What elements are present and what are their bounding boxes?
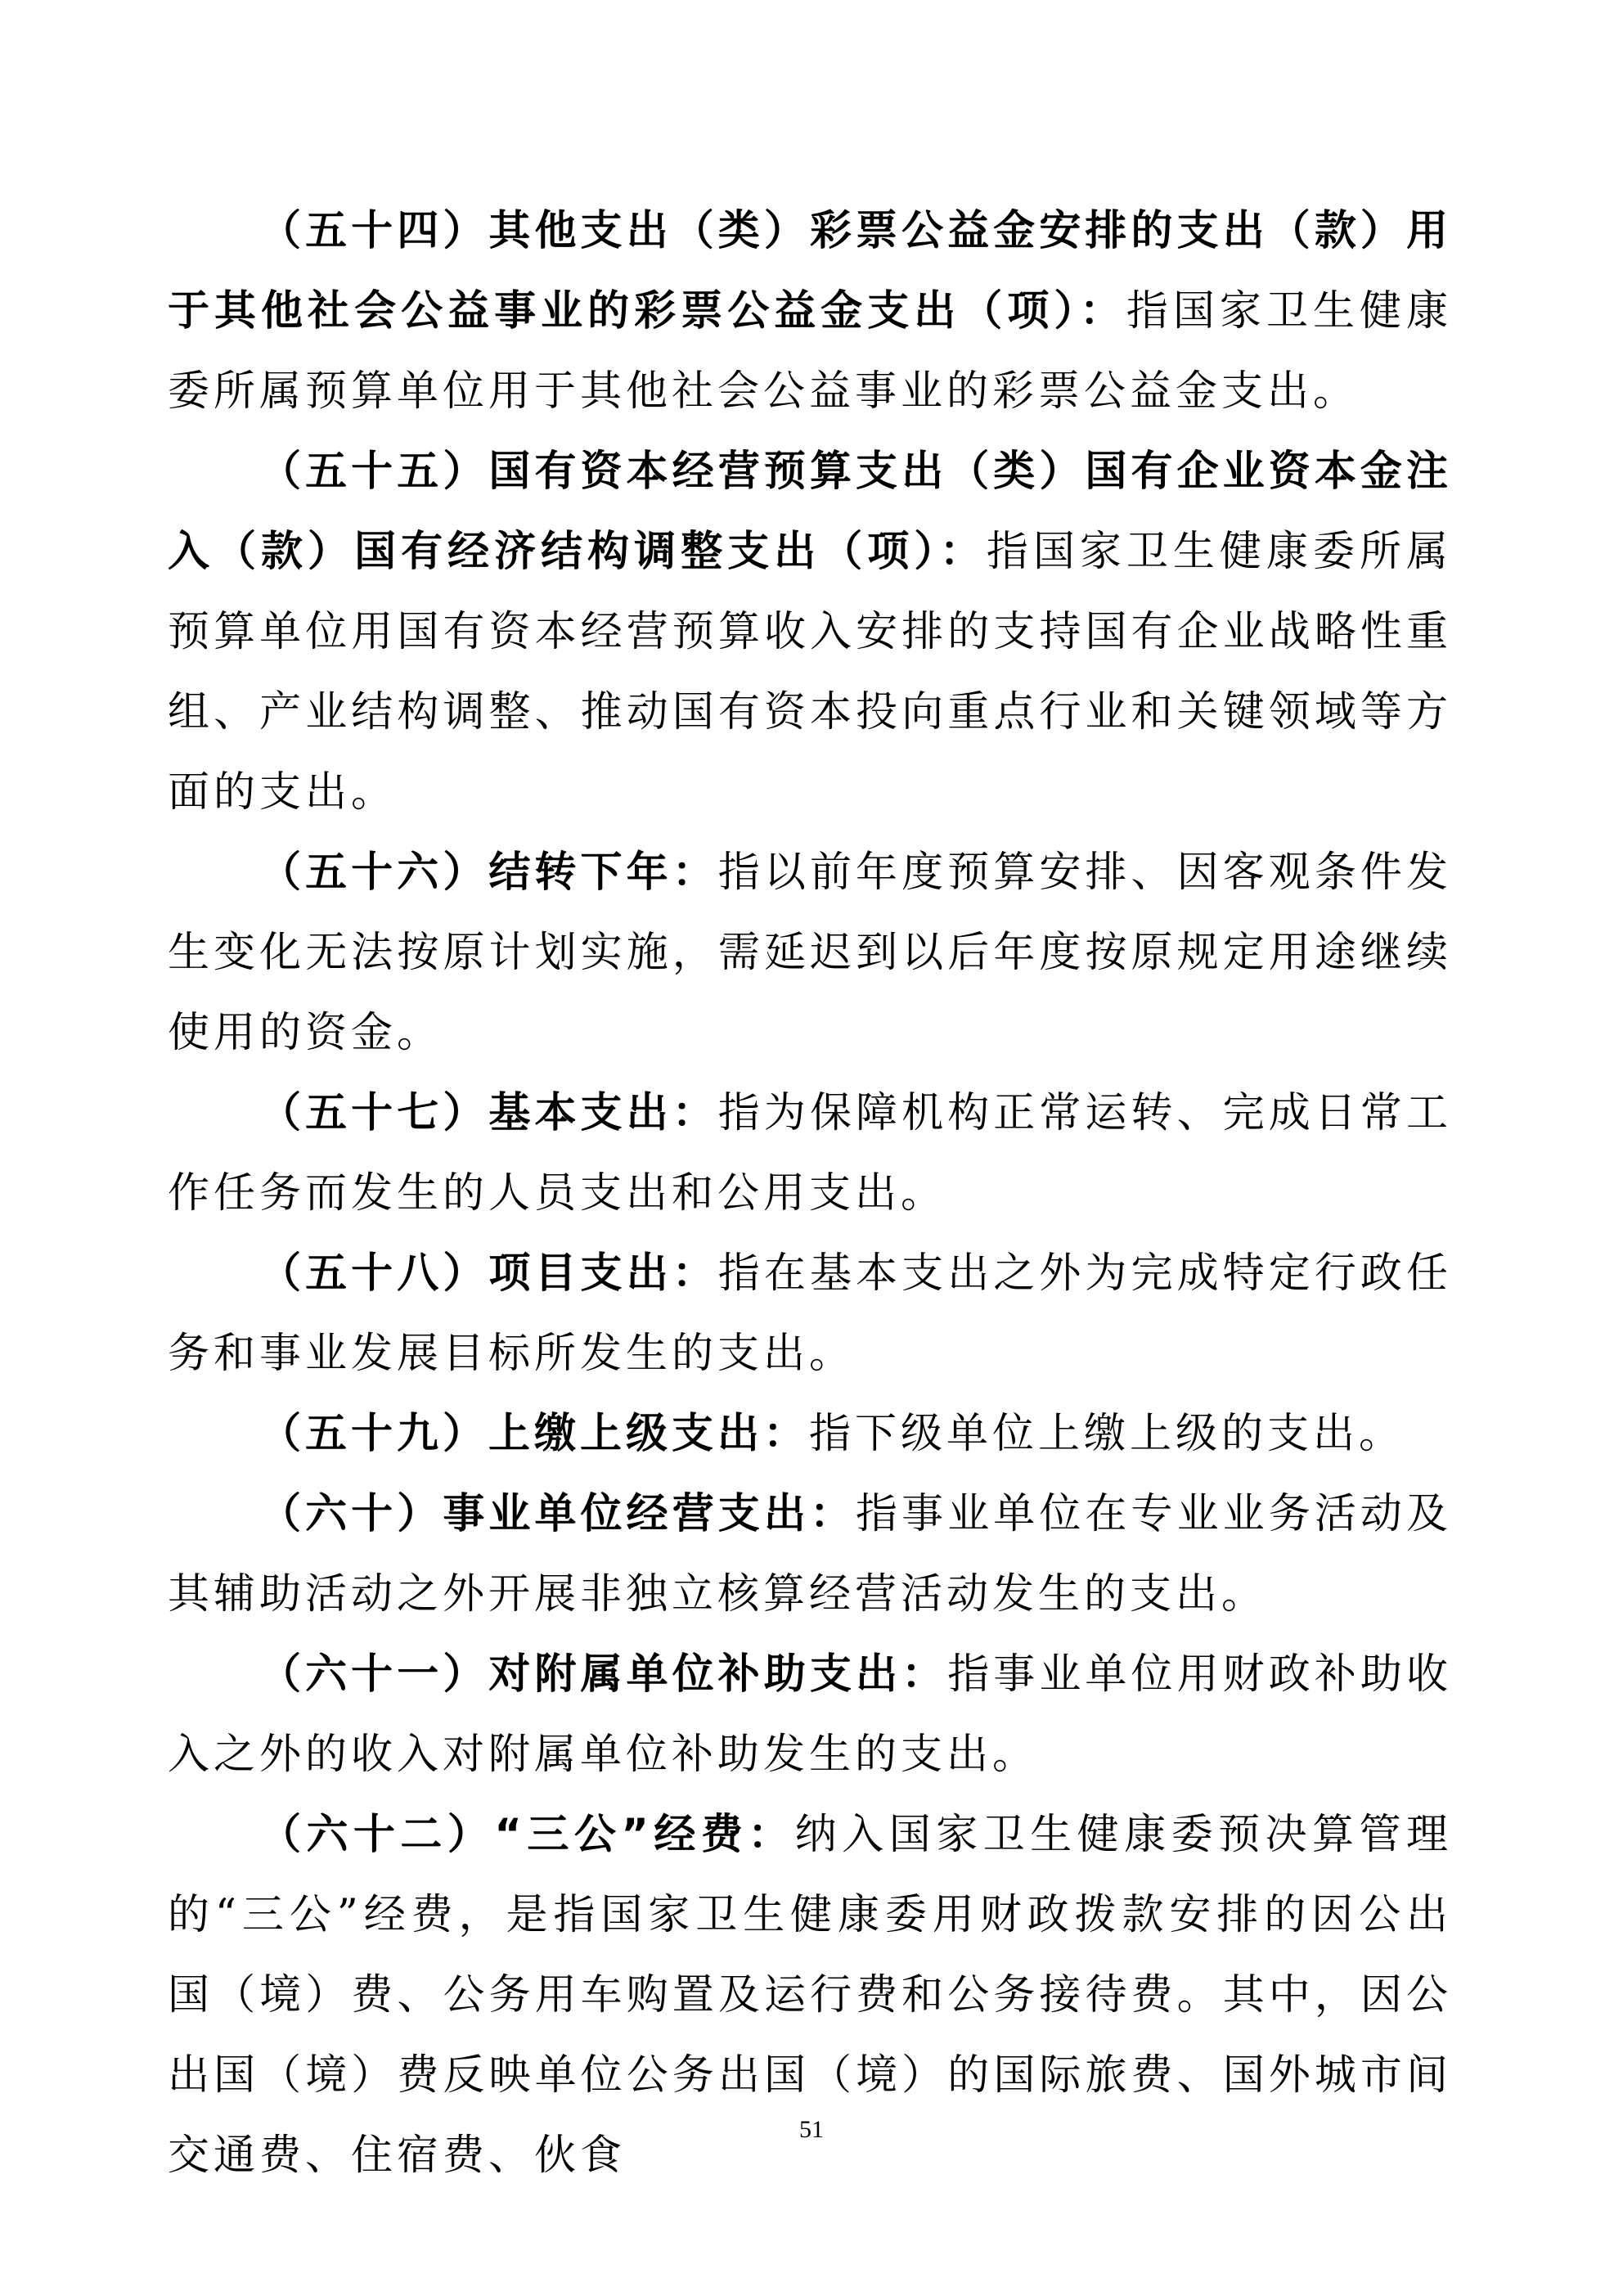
page-number: 51 [0,2115,1623,2145]
term-heading: （六十）事业单位经营支出： [259,1490,856,1538]
paragraph-59: （五十九）上缴上级支出：指下级单位上缴上级的支出。 [168,1394,1452,1474]
document-body: （五十四）其他支出（类）彩票公益金安排的支出（款）用于其他社会公益事业的彩票公益… [168,191,1452,2196]
term-heading: （六十一）对附属单位补助支出： [259,1650,947,1699]
paragraph-60: （六十）事业单位经营支出：指事业单位在专业业务活动及其辅助活动之外开展非独立核算… [168,1474,1452,1635]
term-heading: （五十六）结转下年： [259,849,718,897]
term-heading: （五十九）上缴上级支出： [259,1410,809,1458]
paragraph-54: （五十四）其他支出（类）彩票公益金安排的支出（款）用于其他社会公益事业的彩票公益… [168,191,1452,432]
term-heading: （六十二）“三公”经费： [259,1811,795,1859]
term-heading: （五十八）项目支出： [259,1249,718,1298]
term-definition: 指下级单位上缴上级的支出。 [809,1410,1405,1458]
paragraph-55: （五十五）国有资本经营预算支出（类）国有企业资本金注入（款）国有经济结构调整支出… [168,432,1452,833]
paragraph-57: （五十七）基本支出：指为保障机构正常运转、完成日常工作任务而发生的人员支出和公用… [168,1074,1452,1234]
term-heading: （五十七）基本支出： [259,1089,718,1137]
paragraph-61: （六十一）对附属单位补助支出：指事业单位用财政补助收入之外的收入对附属单位补助发… [168,1635,1452,1795]
paragraph-56: （五十六）结转下年：指以前年度预算安排、因客观条件发生变化无法按原计划实施，需延… [168,833,1452,1074]
paragraph-58: （五十八）项目支出：指在基本支出之外为完成特定行政任务和事业发展目标所发生的支出… [168,1234,1452,1394]
